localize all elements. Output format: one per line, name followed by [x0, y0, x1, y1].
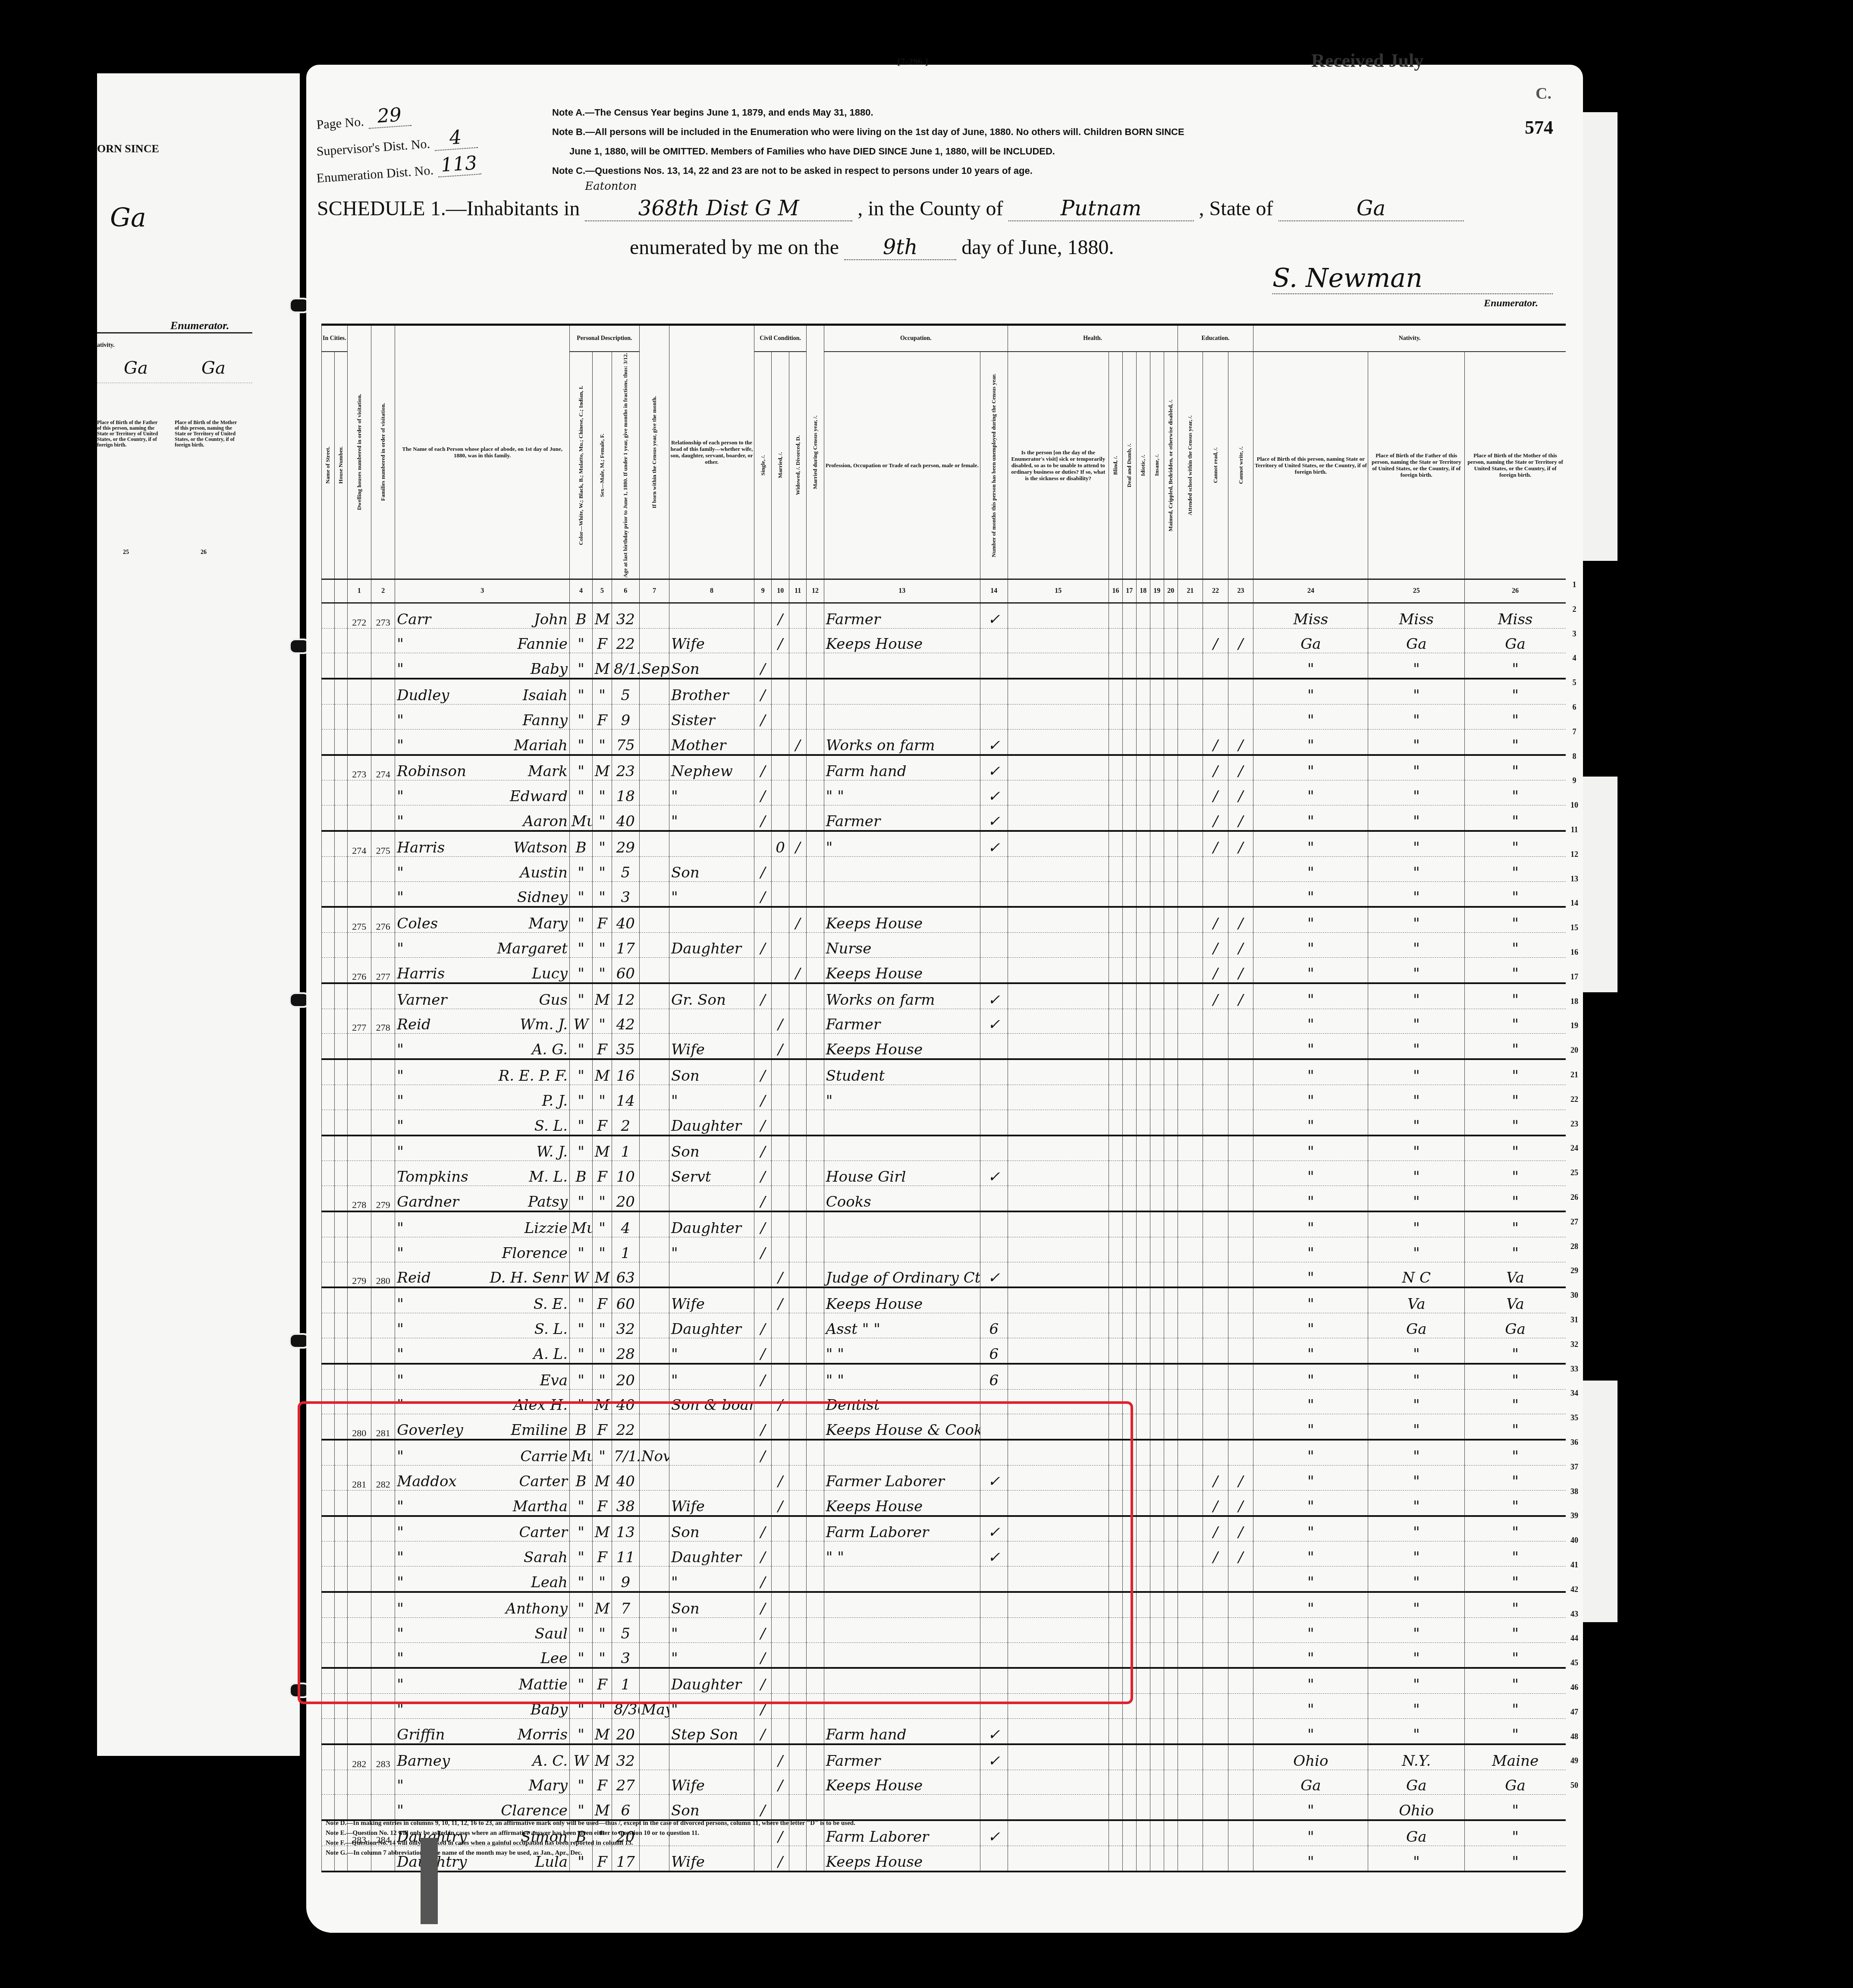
married-mark: / [772, 1465, 789, 1490]
married-year-cell [807, 1287, 824, 1313]
idiotic-cell [1136, 958, 1150, 983]
person-name: "Aaron [395, 805, 570, 831]
school-cell [1178, 1313, 1203, 1338]
person-name: HarrisWatson [395, 831, 570, 856]
given-name: Mattie [519, 1676, 568, 1693]
line-number: 48 [1566, 1732, 1583, 1741]
line-number: 3 [1566, 629, 1583, 639]
blind-cell [1109, 1516, 1122, 1541]
father-birth-cell: Miss [1368, 603, 1465, 628]
header-father-birth: Place of Birth of the Father of this per… [1368, 352, 1465, 579]
surname: " [397, 1346, 404, 1363]
mother-birth-cell: Ga [1465, 628, 1566, 653]
sex-cell: " [593, 805, 612, 831]
cannot-read-mark [1203, 1820, 1228, 1846]
deaf-cell [1122, 907, 1136, 932]
married-mark: / [772, 628, 789, 653]
occupation-cell: Works on farm [824, 983, 980, 1009]
cannot-read-mark [1203, 1186, 1228, 1211]
census-row: DudleyIsaiah""5Brother/""" [322, 679, 1566, 704]
sickness-cell [1008, 1136, 1109, 1161]
color-cell: " [569, 1516, 592, 1541]
unemployed-cell [980, 1694, 1008, 1719]
single-mark: / [754, 1642, 771, 1668]
color-cell: " [569, 780, 592, 805]
relationship-cell: Step Son [669, 1718, 754, 1744]
house-number-cell [334, 1592, 347, 1617]
family-number [371, 856, 395, 881]
deaf-cell [1122, 679, 1136, 704]
cannot-read-mark: / [1203, 628, 1228, 653]
age-cell: 17 [612, 933, 639, 958]
cannot-read-mark [1203, 1770, 1228, 1795]
age-cell: 7/12 [612, 1440, 639, 1465]
deaf-cell [1122, 1718, 1136, 1744]
surname: " [397, 1067, 404, 1085]
census-row: "Mariah""75Mother/Works on farm✓//""" [322, 729, 1566, 755]
census-row: "A. G."F35Wife/Keeps House""" [322, 1034, 1566, 1059]
cannot-write-mark [1228, 1287, 1253, 1313]
maimed-cell [1164, 653, 1178, 679]
street-cell [322, 1795, 335, 1820]
married-mark: 0 [772, 831, 789, 856]
cannot-write-mark: / [1228, 1490, 1253, 1516]
relationship-cell [669, 1440, 754, 1465]
blind-cell [1109, 1389, 1122, 1414]
sickness-cell [1008, 679, 1109, 704]
father-birth-cell: " [1368, 1211, 1465, 1237]
house-number-cell [334, 1541, 347, 1566]
sex-cell: M [593, 1136, 612, 1161]
color-cell: " [569, 653, 592, 679]
deaf-cell [1122, 1642, 1136, 1668]
dwelling-number [347, 1770, 371, 1795]
given-name: Carter [519, 1524, 568, 1541]
birth-place-cell: " [1253, 1364, 1368, 1389]
surname: " [397, 1625, 404, 1642]
married-mark [772, 1592, 789, 1617]
family-number [371, 983, 395, 1009]
birth-place-cell: Ga [1253, 628, 1368, 653]
relationship-cell: Daughter [669, 1541, 754, 1566]
page-number: 29 [367, 103, 411, 129]
dwelling-number [347, 1592, 371, 1617]
street-cell [322, 1110, 335, 1135]
header-blind: Blind, /. [1109, 352, 1122, 579]
widowed-mark [789, 1034, 806, 1059]
maimed-cell [1164, 729, 1178, 755]
age-cell: 2 [612, 1110, 639, 1135]
census-row: GriffinMorris"M20Step Son/Farm hand✓""" [322, 1718, 1566, 1744]
birth-place-cell: " [1253, 1262, 1368, 1287]
cannot-read-mark: / [1203, 831, 1228, 856]
father-birth-cell: " [1368, 1490, 1465, 1516]
sheet-number: 574 [1525, 116, 1553, 138]
family-number [371, 881, 395, 907]
street-cell [322, 1718, 335, 1744]
cannot-write-mark [1228, 653, 1253, 679]
month-born-cell [639, 1490, 669, 1516]
mother-birth-cell: " [1465, 856, 1566, 881]
married-year-cell [807, 1186, 824, 1211]
sickness-cell [1008, 907, 1109, 932]
occupation-cell [824, 1566, 980, 1592]
cannot-read-mark [1203, 1338, 1228, 1363]
maimed-cell [1164, 1161, 1178, 1186]
person-name: GriffinMorris [395, 1718, 570, 1744]
relationship-cell: Wife [669, 628, 754, 653]
schedule-line: SCHEDULE 1.—Inhabitants in Eatonton 368t… [317, 196, 1464, 221]
occupation-cell: Farmer [824, 1744, 980, 1770]
married-year-cell [807, 1668, 824, 1693]
father-birth-cell: " [1368, 1136, 1465, 1161]
column-number: 15 [1008, 579, 1109, 603]
cannot-read-mark: / [1203, 755, 1228, 780]
birth-place-cell: " [1253, 1668, 1368, 1693]
street-cell [322, 729, 335, 755]
deaf-cell [1122, 653, 1136, 679]
father-birth-cell: Ga [1368, 1770, 1465, 1795]
birth-place-cell: " [1253, 1795, 1368, 1820]
color-cell: " [569, 1642, 592, 1668]
color-cell: " [569, 1541, 592, 1566]
sex-cell: F [593, 1414, 612, 1440]
mother-birth-cell: Va [1465, 1262, 1566, 1287]
house-number-cell [334, 1313, 347, 1338]
sex-cell: " [593, 729, 612, 755]
cannot-write-mark: / [1228, 805, 1253, 831]
surname: Harris [397, 839, 445, 856]
married-mark: / [772, 1287, 789, 1313]
widowed-mark [789, 1211, 806, 1237]
father-birth-cell: " [1368, 1338, 1465, 1363]
mother-birth-cell: Miss [1465, 603, 1566, 628]
unemployed-cell: ✓ [980, 1516, 1008, 1541]
person-name: "Clarence [395, 1795, 570, 1820]
blind-cell [1109, 1161, 1122, 1186]
street-cell [322, 780, 335, 805]
school-cell [1178, 1642, 1203, 1668]
single-mark: / [754, 1085, 771, 1110]
cannot-read-mark [1203, 1313, 1228, 1338]
age-cell: 1 [612, 1136, 639, 1161]
widowed-mark: / [789, 729, 806, 755]
census-row: "Margaret""17Daughter/Nurse//""" [322, 933, 1566, 958]
maimed-cell [1164, 1237, 1178, 1262]
insane-cell [1150, 856, 1164, 881]
unemployed-cell: 6 [980, 1364, 1008, 1389]
father-birth-cell: " [1368, 831, 1465, 856]
father-birth-cell: " [1368, 1009, 1465, 1034]
unemployed-cell [980, 1617, 1008, 1642]
color-cell: " [569, 628, 592, 653]
street-cell [322, 1059, 335, 1085]
age-cell: 5 [612, 856, 639, 881]
deaf-cell [1122, 603, 1136, 628]
cannot-write-mark: / [1228, 1465, 1253, 1490]
relationship-cell: Daughter [669, 1211, 754, 1237]
header-cannot-write: Cannot write, /. [1228, 352, 1253, 579]
color-cell: Mu [569, 805, 592, 831]
sickness-cell [1008, 1186, 1109, 1211]
color-cell: " [569, 679, 592, 704]
widowed-mark [789, 1694, 806, 1719]
father-birth-cell: " [1368, 1617, 1465, 1642]
cannot-read-mark [1203, 1718, 1228, 1744]
widowed-mark [789, 705, 806, 730]
sickness-cell [1008, 729, 1109, 755]
insane-cell [1150, 755, 1164, 780]
father-birth-cell: " [1368, 780, 1465, 805]
cannot-read-mark [1203, 881, 1228, 907]
single-mark: / [754, 1541, 771, 1566]
street-cell [322, 1668, 335, 1693]
insane-cell [1150, 1490, 1164, 1516]
surname: " [397, 661, 404, 678]
age-cell: 6 [612, 1795, 639, 1820]
color-cell: " [569, 1694, 592, 1719]
maimed-cell [1164, 958, 1178, 983]
relationship-cell: Brother [669, 679, 754, 704]
mother-birth-cell: " [1465, 1592, 1566, 1617]
cannot-write-mark [1228, 1186, 1253, 1211]
school-cell [1178, 1465, 1203, 1490]
note-b-line2: June 1, 1880, will be OMITTED. Members o… [569, 146, 1055, 157]
deaf-cell [1122, 705, 1136, 730]
mother-birth-cell: " [1465, 1059, 1566, 1085]
surname: " [397, 1802, 404, 1819]
line-number: 10 [1566, 801, 1583, 810]
column-number: 14 [980, 579, 1008, 603]
deaf-cell [1122, 831, 1136, 856]
cannot-read-mark: / [1203, 780, 1228, 805]
occupation-cell: " " [824, 1338, 980, 1363]
house-number-cell [334, 1186, 347, 1211]
person-name: "Mary [395, 1770, 570, 1795]
color-cell: " [569, 1186, 592, 1211]
school-cell [1178, 1490, 1203, 1516]
note-g: Note G.—In column 7 abbreviation in the … [326, 1848, 855, 1858]
enumeration-day: 9th [844, 235, 956, 260]
maimed-cell [1164, 1668, 1178, 1693]
single-mark: / [754, 1211, 771, 1237]
given-name: Margaret [497, 940, 568, 957]
given-name: Gus [539, 991, 568, 1009]
married-year-cell [807, 1516, 824, 1541]
column-number: 7 [639, 579, 669, 603]
street-cell [322, 755, 335, 780]
street-cell [322, 1237, 335, 1262]
unemployed-cell: ✓ [980, 831, 1008, 856]
month-born-cell [639, 1186, 669, 1211]
cannot-read-mark [1203, 1617, 1228, 1642]
mother-birth-cell: " [1465, 1364, 1566, 1389]
dwelling-number [347, 1161, 371, 1186]
insane-cell [1150, 1211, 1164, 1237]
house-number-cell [334, 1085, 347, 1110]
school-cell [1178, 1009, 1203, 1034]
married-mark [772, 1364, 789, 1389]
sickness-cell [1008, 780, 1109, 805]
dwelling-number: 279 [347, 1262, 371, 1287]
maimed-cell [1164, 780, 1178, 805]
blind-cell [1109, 907, 1122, 932]
month-born-cell [639, 1516, 669, 1541]
widowed-mark [789, 1313, 806, 1338]
mother-birth-cell: " [1465, 1642, 1566, 1668]
father-birth-cell: " [1368, 983, 1465, 1009]
occupation-cell [824, 1136, 980, 1161]
birth-place-cell: " [1253, 1009, 1368, 1034]
single-mark: / [754, 705, 771, 730]
maimed-cell [1164, 1516, 1178, 1541]
month-born-cell [639, 1465, 669, 1490]
single-mark [754, 1009, 771, 1034]
sex-cell: F [593, 1034, 612, 1059]
dwelling-number: 274 [347, 831, 371, 856]
sickness-cell [1008, 933, 1109, 958]
single-mark: / [754, 1313, 771, 1338]
locality: 368th Dist G M [638, 196, 799, 220]
family-number: 274 [371, 755, 395, 780]
house-number-cell [334, 1694, 347, 1719]
relationship-cell: Son [669, 1592, 754, 1617]
unemployed-cell: ✓ [980, 780, 1008, 805]
sickness-cell [1008, 1642, 1109, 1668]
header-birth-place: Place of Birth of this person, naming St… [1253, 352, 1368, 579]
sickness-cell [1008, 1414, 1109, 1440]
sickness-cell [1008, 1313, 1109, 1338]
house-number-cell [334, 729, 347, 755]
header-occupation: Profession, Occupation or Trade of each … [824, 352, 980, 579]
person-name: "Edward [395, 780, 570, 805]
sex-cell: F [593, 1668, 612, 1693]
house-number-cell [334, 1744, 347, 1770]
census-row: 277278ReidWm. J.W"42/Farmer✓""" [322, 1009, 1566, 1034]
color-cell: B [569, 603, 592, 628]
age-cell: 7 [612, 1592, 639, 1617]
married-year-cell [807, 780, 824, 805]
married-year-cell [807, 1211, 824, 1237]
occupation-cell: Farmer [824, 603, 980, 628]
father-birth-cell: " [1368, 679, 1465, 704]
street-cell [322, 1136, 335, 1161]
insane-cell [1150, 1110, 1164, 1135]
married-year-cell [807, 729, 824, 755]
father-birth-cell: " [1368, 705, 1465, 730]
deaf-cell [1122, 628, 1136, 653]
family-number [371, 1694, 395, 1719]
occupation-cell: " [824, 831, 980, 856]
dwelling-number: 282 [347, 1744, 371, 1770]
family-number: 276 [371, 907, 395, 932]
sickness-cell [1008, 1770, 1109, 1795]
header-idiotic: Idiotic, /. [1136, 352, 1150, 579]
house-number-cell [334, 679, 347, 704]
sex-cell: F [593, 1490, 612, 1516]
color-cell: " [569, 1566, 592, 1592]
line-number: 22 [1566, 1095, 1583, 1104]
header-insane: Insane, /. [1150, 352, 1164, 579]
age-cell: 5 [612, 679, 639, 704]
married-year-cell [807, 1161, 824, 1186]
father-birth-cell: " [1368, 1541, 1465, 1566]
sickness-cell [1008, 628, 1109, 653]
father-birth-cell: " [1368, 907, 1465, 932]
single-mark: / [754, 1338, 771, 1363]
mother-birth-cell: " [1465, 1110, 1566, 1135]
single-mark: / [754, 881, 771, 907]
street-cell [322, 679, 335, 704]
widowed-mark [789, 603, 806, 628]
birth-place-cell: " [1253, 1820, 1368, 1846]
mother-birth-cell: Va [1465, 1287, 1566, 1313]
school-cell [1178, 705, 1203, 730]
family-number [371, 705, 395, 730]
maimed-cell [1164, 755, 1178, 780]
occupation-cell [824, 1440, 980, 1465]
occupation-cell: Keeps House [824, 958, 980, 983]
relationship-cell [669, 1744, 754, 1770]
street-cell [322, 1642, 335, 1668]
month-born-cell: Sept [639, 653, 669, 679]
locality-note: Eatonton [585, 180, 637, 193]
married-mark [772, 1642, 789, 1668]
married-mark [772, 1566, 789, 1592]
census-row: "Florence""1"/""" [322, 1237, 1566, 1262]
married-mark [772, 881, 789, 907]
insane-cell [1150, 1237, 1164, 1262]
mother-birth-cell: " [1465, 1566, 1566, 1592]
married-mark [772, 1516, 789, 1541]
cannot-write-mark: / [1228, 780, 1253, 805]
unemployed-cell: ✓ [980, 1161, 1008, 1186]
family-number: 280 [371, 1262, 395, 1287]
idiotic-cell [1136, 1694, 1150, 1719]
widowed-mark [789, 1541, 806, 1566]
blind-cell [1109, 1059, 1122, 1085]
widowed-mark [789, 1465, 806, 1490]
unemployed-cell: ✓ [980, 755, 1008, 780]
census-row: "Edward""18"/" "✓//""" [322, 780, 1566, 805]
occupation-cell: Keeps House [824, 1770, 980, 1795]
age-cell: 42 [612, 1009, 639, 1034]
insane-cell [1150, 1617, 1164, 1642]
column-number: 25 [1368, 579, 1465, 603]
cannot-read-mark [1203, 1085, 1228, 1110]
census-row: TompkinsM. L.BF10Servt/House Girl✓""" [322, 1161, 1566, 1186]
dwelling-number [347, 705, 371, 730]
single-mark: / [754, 1617, 771, 1642]
school-cell [1178, 1085, 1203, 1110]
street-cell [322, 1744, 335, 1770]
idiotic-cell [1136, 1795, 1150, 1820]
color-cell: " [569, 1059, 592, 1085]
married-year-cell [807, 1718, 824, 1744]
given-name: Lee [540, 1650, 568, 1667]
line-number: 34 [1566, 1389, 1583, 1398]
maimed-cell [1164, 805, 1178, 831]
married-mark [772, 1059, 789, 1085]
census-rows: 272273CarrJohnBM32/Farmer✓MissMissMiss"F… [322, 603, 1566, 1871]
widowed-mark [789, 1338, 806, 1363]
blind-cell [1109, 1110, 1122, 1135]
census-row: "CarrieMu"7/12Nov/""" [322, 1440, 1566, 1465]
sex-cell: " [593, 1617, 612, 1642]
relationship-cell: Nephew [669, 755, 754, 780]
single-mark: / [754, 805, 771, 831]
widowed-mark [789, 755, 806, 780]
